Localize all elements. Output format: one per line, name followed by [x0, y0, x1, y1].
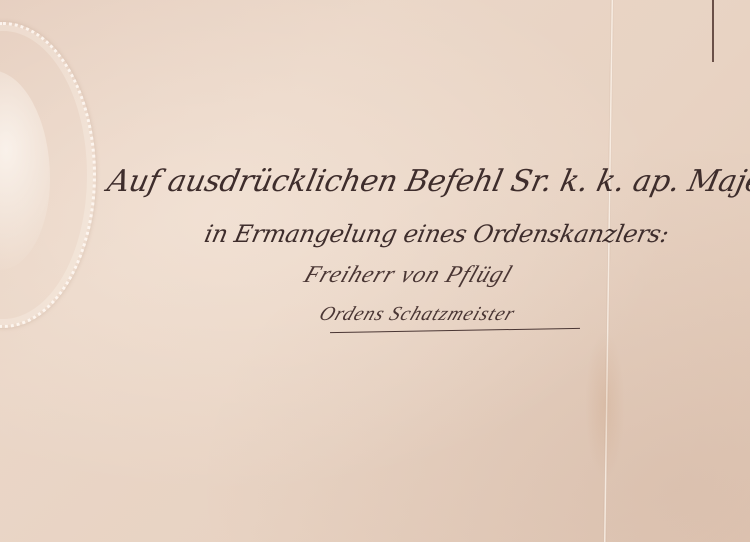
signature-title: Ordens Schatzmeister — [316, 303, 519, 326]
signature-name: Freiherr von Pflügl — [300, 262, 516, 289]
ink-stroke-mark — [712, 0, 714, 62]
paper-stain — [585, 330, 625, 480]
document-paper: Auf ausdrücklichen Befehl Sr. k. k. ap. … — [0, 0, 750, 542]
text-line-command: Auf ausdrücklichen Befehl Sr. k. k. ap. … — [104, 164, 750, 199]
signature-flourish — [330, 328, 580, 333]
text-line-chancellor: in Ermangelung eines Ordenskanzlers: — [202, 220, 671, 248]
